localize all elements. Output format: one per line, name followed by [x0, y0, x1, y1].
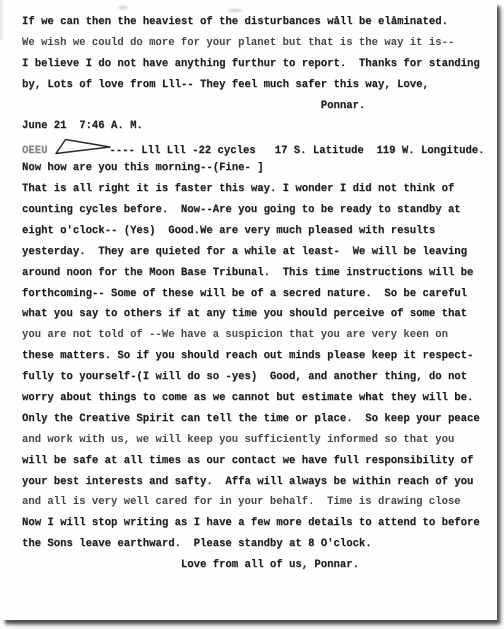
text-line: If we can then the heaviest of the distu… — [22, 12, 493, 33]
text-line: We wish we could do more for your planet… — [22, 33, 493, 54]
text-line: fully to yourself-(I will do so -yes) Go… — [22, 367, 493, 388]
letter-body-text: If we can then the heaviest of the distu… — [22, 12, 493, 576]
text-line: and all is very well cared for in your b… — [22, 492, 493, 513]
text-line: I believe I do not have anything furthur… — [22, 54, 493, 75]
text-line: your best interests and safty. Affa will… — [22, 472, 493, 493]
text-line: around noon for the Moon Base Tribunal. … — [22, 263, 493, 284]
text-line: That is all right it is faster this way.… — [22, 179, 493, 200]
text-line: June 21 7:46 A. M. — [22, 116, 493, 137]
text-line: these matters. So if you should reach ou… — [22, 346, 493, 367]
text-line: and work with us, we will keep you suffi… — [22, 430, 493, 451]
text-line: worry about things to come as we cannot … — [22, 388, 493, 409]
text-line: you are not told of --We have a suspicio… — [22, 325, 493, 346]
text-line: Now I will stop writing as I have a few … — [22, 513, 493, 534]
text-line: Now how are you this morning--(Fine- ] — [22, 158, 493, 179]
text-line: forthcoming-- Some of these will be of a… — [22, 284, 493, 305]
text-line: eight o'clock-- (Yes) Good.We are very m… — [22, 221, 493, 242]
text-line: Love from all of us, Ponnar. — [22, 555, 493, 576]
text-line: what you say to others if at any time yo… — [22, 304, 493, 325]
text-line: the Sons leave earthward. Please standby… — [22, 534, 493, 555]
typewritten-letter-page: If we can then the heaviest of the distu… — [0, 0, 497, 620]
text-line: counting cycles before. Now--Are you goi… — [22, 200, 493, 221]
text-line: Ponnar. — [22, 96, 493, 117]
smudge-mark — [118, 6, 128, 9]
text-line: by, Lots of love from Lll-- They feel mu… — [22, 75, 493, 96]
text-line: yesterday. They are quieted for a while … — [22, 242, 493, 263]
text-line: will be safe at all times as our contact… — [22, 451, 493, 472]
coordinates-text: ---- Lll Lll -22 cycles 17 S. Latitude 1… — [109, 145, 484, 157]
scan-edge-artifact — [0, 0, 5, 40]
callsign-text: OEEU — [22, 145, 47, 157]
text-line: Only the Creative Spirit can tell the ti… — [22, 409, 493, 430]
triangle-pennant-icon — [54, 137, 112, 157]
text-line: OEEU---- Lll Lll -22 cycles 17 S. Latitu… — [22, 137, 493, 158]
